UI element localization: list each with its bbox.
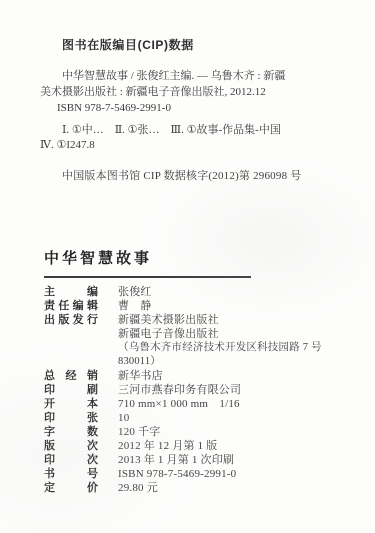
colophon-label: 定价 xyxy=(44,481,98,495)
cip-classification-line: Ⅰ. ①中… Ⅱ. ①张… Ⅲ. ①故事-作品集-中国 xyxy=(40,123,345,138)
colophon-value: 张俊红 xyxy=(118,285,152,299)
colophon-value: 新疆电子音像出版社 xyxy=(118,327,354,341)
colophon-value-group: 新疆美术摄影出版社 新疆电子音像出版社 （乌鲁木齐市经济技术开发区科技园路 7 … xyxy=(118,313,354,369)
colophon-label: 开本 xyxy=(44,397,98,411)
colophon-label: 责任编辑 xyxy=(44,299,98,313)
cip-isbn-line: ISBN 978-7-5469-2991-0 xyxy=(40,100,345,116)
colophon-value: 710 mm×1 000 mm 1/16 xyxy=(118,397,240,411)
colophon-label: 印张 xyxy=(44,411,98,425)
colophon-value: 新疆美术摄影出版社 xyxy=(118,313,354,327)
colophon-row-isbn: 书号 ISBN 978-7-5469-2991-0 xyxy=(44,467,354,481)
colophon-value: ISBN 978-7-5469-2991-0 xyxy=(118,467,236,481)
colophon-value: 120 千字 xyxy=(118,425,160,439)
cip-classification-block: Ⅰ. ①中… Ⅱ. ①张… Ⅲ. ①故事-作品集-中国 Ⅳ. ①I247.8 xyxy=(40,123,345,153)
colophon-value: 2013 年 1 月第 1 次印刷 xyxy=(118,453,234,467)
colophon-value: 三河市燕春印务有限公司 xyxy=(118,383,241,397)
colophon-label: 出版发行 xyxy=(44,313,98,369)
colophon-value: 新华书店 xyxy=(118,369,163,383)
colophon-label: 印刷 xyxy=(44,383,98,397)
colophon-row-word-count: 字数 120 千字 xyxy=(44,425,354,439)
colophon-row-price: 定价 29.80 元 xyxy=(44,481,354,495)
colophon-value: 2012 年 12 月第 1 版 xyxy=(118,439,217,453)
colophon-row-format: 开本 710 mm×1 000 mm 1/16 xyxy=(44,397,354,411)
colophon-label: 印次 xyxy=(44,453,98,467)
title-divider xyxy=(44,276,251,278)
colophon-label: 主编 xyxy=(44,285,98,299)
colophon-label: 版次 xyxy=(44,439,98,453)
colophon-row-responsible-editor: 责任编辑 曹 静 xyxy=(44,299,354,313)
colophon-value: 10 xyxy=(118,411,129,425)
book-copyright-page: 图书在版编目(CIP)数据 中华智慧故事 / 张俊红主编. — 乌鲁木齐 : 新… xyxy=(0,0,375,533)
colophon-row-chief-editor: 主编 张俊红 xyxy=(44,285,354,299)
colophon-value: 曹 静 xyxy=(118,299,152,313)
cip-classification-line: Ⅳ. ①I247.8 xyxy=(40,138,345,153)
colophon-row-edition: 版次 2012 年 12 月第 1 版 xyxy=(44,439,354,453)
colophon-row-publisher: 出版发行 新疆美术摄影出版社 新疆电子音像出版社 （乌鲁木齐市经济技术开发区科技… xyxy=(44,313,354,369)
cip-registry-line: 中国版本图书馆 CIP 数据核字(2012)第 296098 号 xyxy=(62,167,301,183)
colophon-label: 书号 xyxy=(44,467,98,481)
cip-record-line: 美术摄影出版社 : 新疆电子音像出版社, 2012.12 xyxy=(40,84,345,100)
colophon-label: 总经销 xyxy=(44,369,98,383)
colophon-row-printer: 印刷 三河市燕春印务有限公司 xyxy=(44,383,354,397)
book-title: 中华智慧故事 xyxy=(44,247,152,268)
colophon: 主编 张俊红 责任编辑 曹 静 出版发行 新疆美术摄影出版社 新疆电子音像出版社… xyxy=(44,285,354,495)
cip-heading: 图书在版编目(CIP)数据 xyxy=(62,36,194,53)
publisher-address: （乌鲁木齐市经济技术开发区科技园路 7 号 830011） xyxy=(118,341,354,369)
colophon-row-sheets: 印张 10 xyxy=(44,411,354,425)
colophon-row-distributor: 总经销 新华书店 xyxy=(44,369,354,383)
cip-record-block: 中华智慧故事 / 张俊红主编. — 乌鲁木齐 : 新疆 美术摄影出版社 : 新疆… xyxy=(40,68,345,116)
cip-record-line: 中华智慧故事 / 张俊红主编. — 乌鲁木齐 : 新疆 xyxy=(40,68,345,84)
colophon-value: 29.80 元 xyxy=(118,481,158,495)
colophon-label: 字数 xyxy=(44,425,98,439)
colophon-row-impression: 印次 2013 年 1 月第 1 次印刷 xyxy=(44,453,354,467)
